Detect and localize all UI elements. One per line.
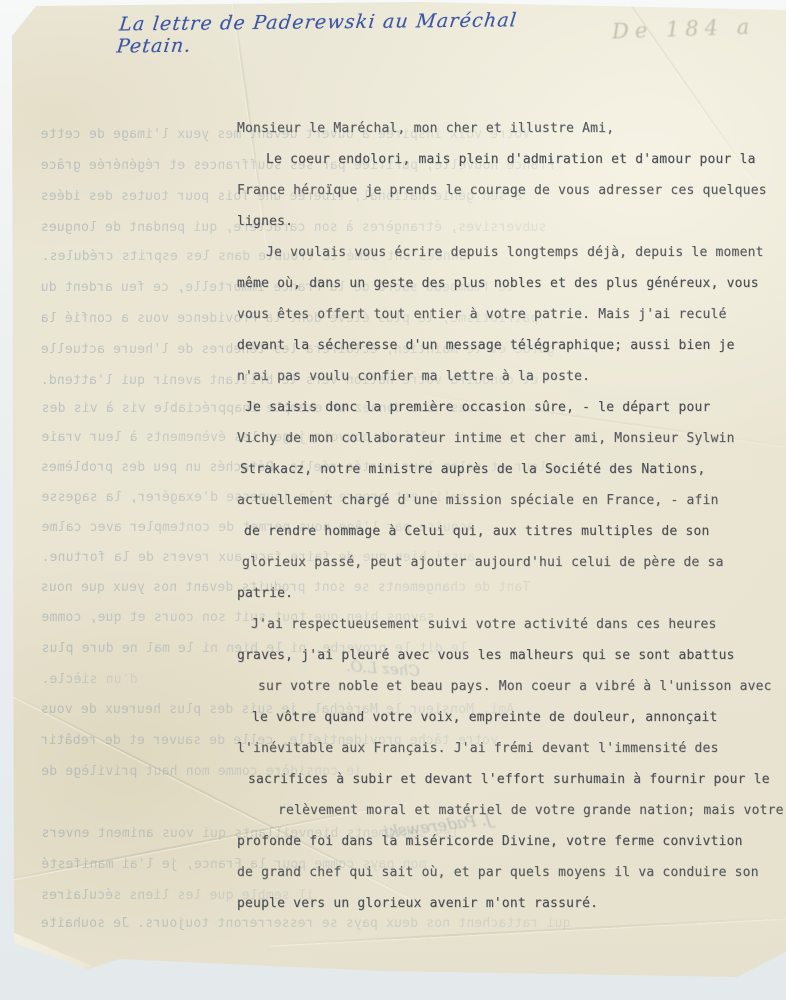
typed-line: Vichy de mon collaborateur intime et che… (237, 423, 782, 454)
typed-line: lignes. (237, 206, 782, 237)
typed-line: le vôtre quand votre voix, empreinte de … (252, 702, 782, 733)
folded-corner (8, 929, 94, 975)
typed-line: J'ai respectueusement suivi votre activi… (251, 609, 782, 640)
typed-line: Je voulais vous écrire depuis longtemps … (266, 237, 782, 268)
typed-line: vous êtes offert tout entier à votre pat… (237, 299, 782, 330)
bleedthrough-line: d'un siècle. (41, 672, 137, 687)
letter-paper: Votre voix inspirée a ouvert devant mes … (0, 0, 786, 1000)
typed-line: n'ai pas voulu confier ma lettre à la po… (237, 361, 782, 392)
typed-line: devant la sécheresse d'un message télégr… (237, 330, 782, 361)
typed-line: Monsieur le Maréchal, mon cher et illust… (237, 113, 782, 144)
scanned-letter-page: Votre voix inspirée a ouvert devant mes … (0, 0, 786, 1000)
typed-line: l'inévitable aux Français. J'ai frémi de… (237, 733, 782, 764)
typed-letter-body: Monsieur le Maréchal, mon cher et illust… (237, 113, 782, 919)
pencil-annotation: De 184 a (612, 15, 756, 44)
typed-line: de grand chef qui sait où, et par quels … (237, 857, 782, 888)
typed-line: sacrifices à subir et devant l'effort su… (248, 764, 782, 795)
typed-line: actuellement chargé d'une mission spécia… (237, 485, 782, 516)
typed-line: graves, j'ai pleuré avec vous les malheu… (237, 640, 782, 671)
typed-line: relèvement moral et matériel de votre gr… (278, 795, 782, 826)
typed-line: Strakacz, notre ministre auprès de la So… (240, 454, 782, 485)
typed-line: même où, dans un geste des plus nobles e… (237, 268, 782, 299)
typed-line: patrie. (237, 578, 782, 609)
handwritten-title: La lettre de Paderewski au Maréchal Peta… (116, 9, 591, 58)
typed-line: profonde foi dans la miséricorde Divine,… (237, 826, 782, 857)
typed-line: Le coeur endolori, mais plein d'admirati… (266, 144, 782, 175)
typed-line: Je saisis donc la première occasion sûre… (245, 392, 782, 423)
typed-line: France héroïque je prends le courage de … (237, 175, 782, 206)
typed-line: glorieux passé, peut ajouter aujourd'hui… (242, 547, 782, 578)
paper-crease (270, 916, 786, 945)
typed-line: de rendre hommage à Celui qui, aux titre… (244, 516, 782, 547)
typed-line: peuple vers un glorieux avenir m'ont ras… (237, 888, 782, 919)
typed-line: sur votre noble et beau pays. Mon coeur … (258, 671, 782, 702)
